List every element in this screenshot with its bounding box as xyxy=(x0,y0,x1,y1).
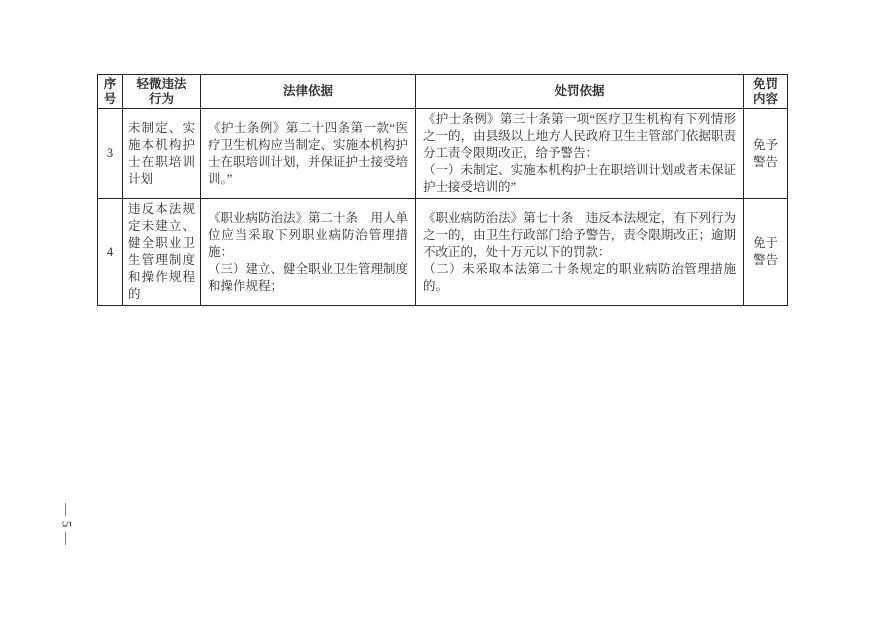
document-page: 序 号 轻微违法 行为 法律依据 处罚依据 免罚 内容 3 未制定、实施本机构护… xyxy=(0,0,887,625)
serial-number-cell: 4 xyxy=(98,199,123,306)
legal-basis-cell: 《护士条例》第二十四条第一款“医疗卫生机构应当制定、实施本机构护士在职培训计划，… xyxy=(201,109,416,199)
punishment-basis-cell: 《护士条例》第三十条第一项“医疗卫生机构有下列情形之一的，由县级以上地方人民政府… xyxy=(416,109,744,199)
table-row: 3 未制定、实施本机构护士在职培训计划 《护士条例》第二十四条第一款“医疗卫生机… xyxy=(98,109,788,199)
serial-number-cell: 3 xyxy=(98,109,123,199)
header-legal-basis: 法律依据 xyxy=(201,75,416,109)
exemption-content-cell: 免于 警告 xyxy=(744,199,788,306)
header-punishment-basis: 处罚依据 xyxy=(416,75,744,109)
header-serial-number: 序 号 xyxy=(98,75,123,109)
page-number: — 5 — xyxy=(59,499,74,551)
penalty-exemption-table: 序 号 轻微违法 行为 法律依据 处罚依据 免罚 内容 3 未制定、实施本机构护… xyxy=(97,74,788,306)
exemption-content-cell: 免予 警告 xyxy=(744,109,788,199)
violation-behavior-cell: 未制定、实施本机构护士在职培训计划 xyxy=(123,109,201,199)
table-row: 4 违反本法规定未建立、健全职业卫生管理制度和操作规程的 《职业病防治法》第二十… xyxy=(98,199,788,306)
table-header-row: 序 号 轻微违法 行为 法律依据 处罚依据 免罚 内容 xyxy=(98,75,788,109)
legal-basis-cell: 《职业病防治法》第二十条 用人单位应当采取下列职业病防治管理措施： （三）建立、… xyxy=(201,199,416,306)
header-exemption-content: 免罚 内容 xyxy=(744,75,788,109)
header-minor-violation: 轻微违法 行为 xyxy=(123,75,201,109)
violation-behavior-cell: 违反本法规定未建立、健全职业卫生管理制度和操作规程的 xyxy=(123,199,201,306)
punishment-basis-cell: 《职业病防治法》第七十条 违反本法规定，有下列行为之一的，由卫生行政部门给予警告… xyxy=(416,199,744,306)
